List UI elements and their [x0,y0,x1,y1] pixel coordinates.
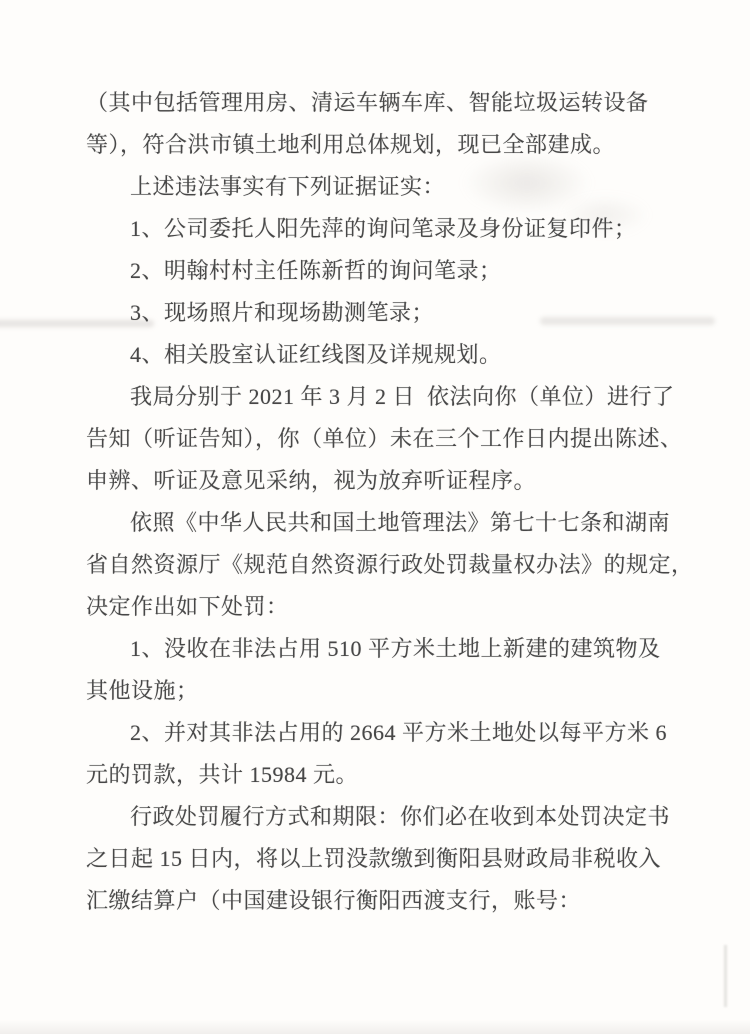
paragraph: （其中包括管理用房、清运车辆车库、智能垃圾运转设备等），符合洪市镇土地利用总体规… [86,82,686,166]
text-line: 决定作出如下处罚： [86,586,686,628]
text-line: 等），符合洪市镇土地利用总体规划，现已全部建成。 [86,124,686,166]
text-line: 汇缴结算户（中国建设银行衡阳西渡支行，账号： [86,880,686,922]
paragraph: 2、并对其非法占用的 2664 平方米土地处以每平方米 6元的罚款，共计 159… [86,712,686,796]
text-line: 其他设施； [86,670,686,712]
text-line: 申辨、听证及意见采纳，视为放弃听证程序。 [86,460,686,502]
text-line: 2、明翰村村主任陈新哲的询问笔录； [86,250,686,292]
paragraph: 2、明翰村村主任陈新哲的询问笔录； [86,250,686,292]
scan-line-bottom-right [724,945,727,1007]
paragraph: 依照《中华人民共和国土地管理法》第七十七条和湖南省自然资源厅《规范自然资源行政处… [86,502,686,628]
paragraph: 1、公司委托人阳先萍的询问笔录及身份证复印件； [86,208,686,250]
text-line: 1、没收在非法占用 510 平方米土地上新建的建筑物及 [86,628,686,670]
paragraph: 上述违法事实有下列证据证实： [86,166,686,208]
scanned-document-page: （其中包括管理用房、清运车辆车库、智能垃圾运转设备等），符合洪市镇土地利用总体规… [0,0,750,1034]
text-line: 依照《中华人民共和国土地管理法》第七十七条和湖南 [86,502,686,544]
text-line: 3、现场照片和现场勘测笔录； [86,292,686,334]
paragraph: 1、没收在非法占用 510 平方米土地上新建的建筑物及其他设施； [86,628,686,712]
text-line: 1、公司委托人阳先萍的询问笔录及身份证复印件； [86,208,686,250]
paragraph: 我局分别于 2021 年 3 月 2 日 依法向你（单位）进行了告知（听证告知）… [86,376,686,502]
document-body: （其中包括管理用房、清运车辆车库、智能垃圾运转设备等），符合洪市镇土地利用总体规… [86,82,686,922]
text-line: 行政处罚履行方式和期限：你们必在收到本处罚决定书 [86,796,686,838]
text-line: （其中包括管理用房、清运车辆车库、智能垃圾运转设备 [86,82,686,124]
text-line: 省自然资源厅《规范自然资源行政处罚裁量权办法》的规定， [86,544,686,586]
text-line: 2、并对其非法占用的 2664 平方米土地处以每平方米 6 [86,712,686,754]
text-line: 告知（听证告知），你（单位）未在三个工作日内提出陈述、 [86,418,686,460]
text-line: 元的罚款，共计 15984 元。 [86,754,686,796]
paragraph: 4、相关股室认证红线图及详规规划。 [86,334,686,376]
text-line: 4、相关股室认证红线图及详规规划。 [86,334,686,376]
paragraph: 3、现场照片和现场勘测笔录； [86,292,686,334]
text-line: 上述违法事实有下列证据证实： [86,166,686,208]
text-line: 我局分别于 2021 年 3 月 2 日 依法向你（单位）进行了 [86,376,686,418]
paragraph: 行政处罚履行方式和期限：你们必在收到本处罚决定书之日起 15 日内，将以上罚没款… [86,796,686,922]
text-line: 之日起 15 日内，将以上罚没款缴到衡阳县财政局非税收入 [86,838,686,880]
